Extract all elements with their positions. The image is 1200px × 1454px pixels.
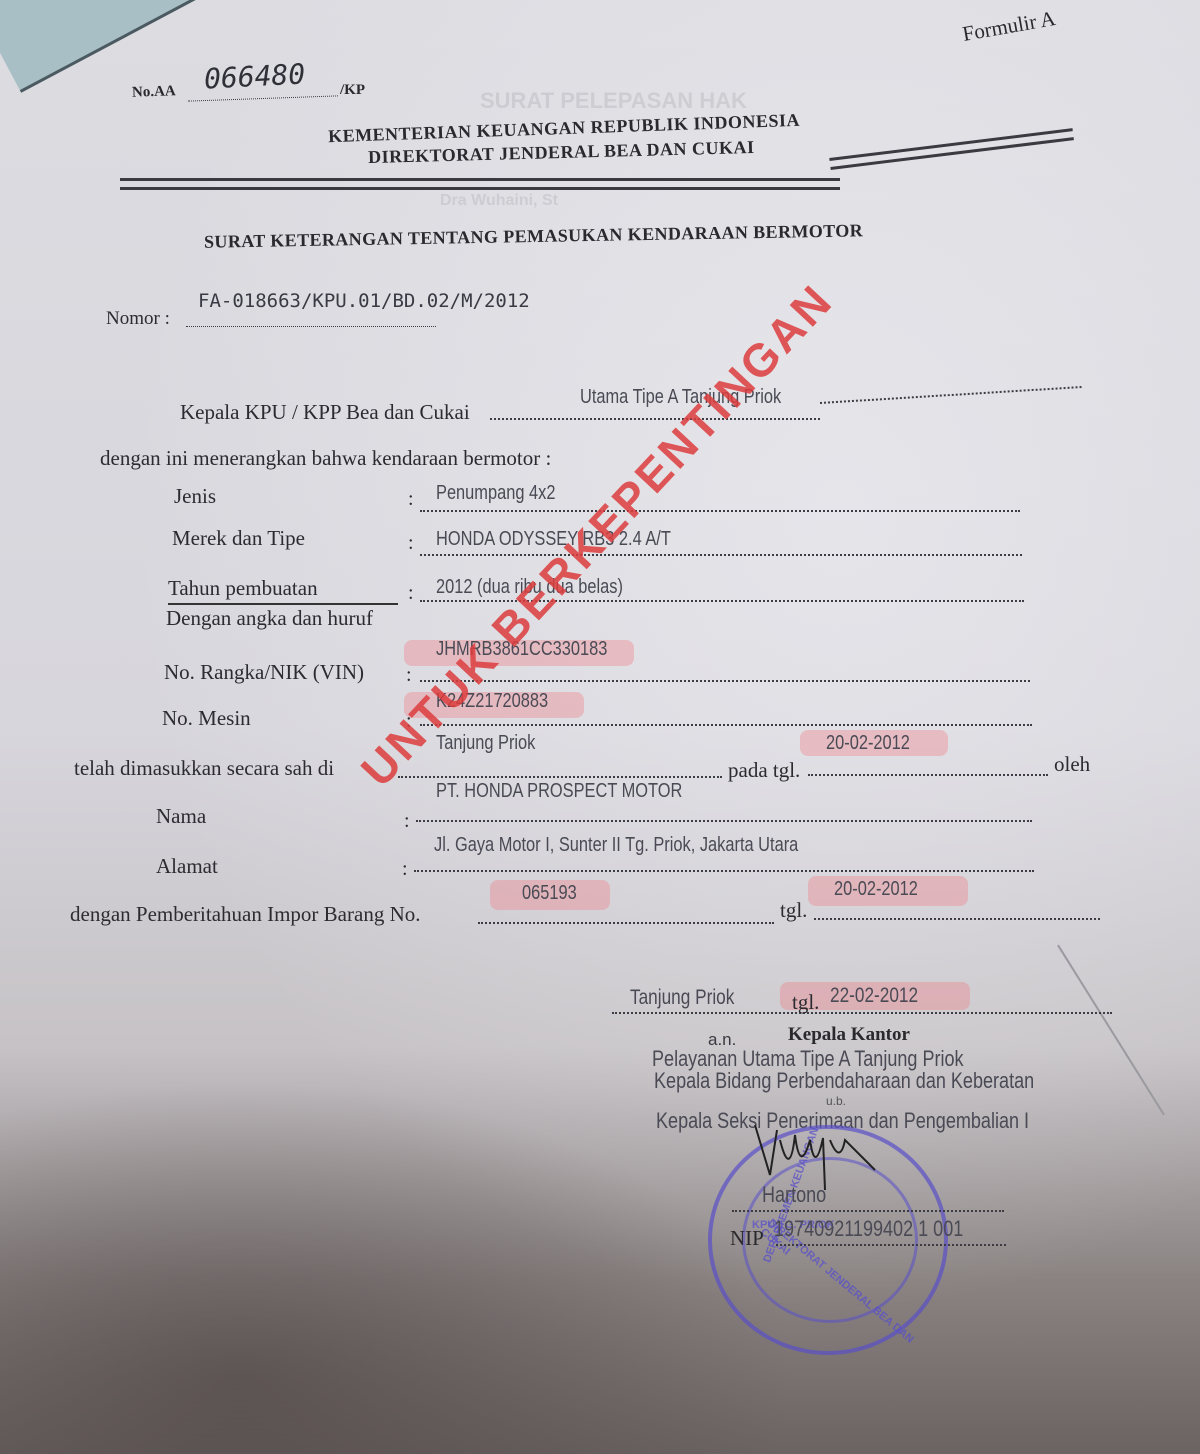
colon: : [404,810,410,833]
nomor-label: Nomor : [106,308,170,330]
colon: : [408,488,414,511]
serial-suffix: /KP [340,82,365,99]
jenis-dots [420,510,1020,512]
field-label-merek: Merek dan Tipe [172,526,305,551]
nama-label: Nama [156,804,206,829]
merek-dots [420,554,1022,556]
pib-number: 065193 [522,882,577,905]
intro-text: dengan ini menerangkan bahwa kendaraan b… [100,446,551,471]
field-label-jenis: Jenis [174,484,216,509]
alamat-value: Jl. Gaya Motor I, Sunter II Tg. Priok, J… [434,834,798,857]
field-label-vin: No. Rangka/NIK (VIN) [164,660,364,685]
sign-date: 22-02-2012 [830,984,918,1008]
vin-dots [420,680,1030,682]
header-rule [120,178,840,190]
office-title: Kepala Kantor [788,1024,910,1046]
mesin-dots [420,724,1032,726]
ub-label: u.b. [826,1094,846,1108]
sign-date-label: tgl. [792,990,819,1015]
serial-number: 066480 [203,57,306,95]
nama-value: PT. HONDA PROSPECT MOTOR [436,780,682,803]
place-date-dots [612,1012,1112,1014]
signer-dots [732,1210,1004,1212]
colon: : [408,582,414,605]
entered-place: Tanjung Priok [436,732,535,755]
nama-dots [416,820,1032,822]
pib-number-dots [478,922,774,924]
kepala-dots [490,418,820,420]
pib-date-label: tgl. [780,898,807,923]
nomor-dots [186,326,436,327]
entered-label: telah dimasukkan secara sah di [74,756,334,781]
nomor-value: FA-018663/KPU.01/BD.02/M/2012 [198,290,530,312]
serial-prefix: No.AA [132,83,176,102]
office-line-2: Kepala Bidang Perbendaharaan dan Keberat… [654,1068,1034,1094]
field-sublabel-tahun: Dengan angka dan huruf [166,606,373,631]
alamat-label: Alamat [156,854,218,879]
field-value-jenis: Penumpang 4x2 [436,482,555,505]
pib-label: dengan Pemberitahuan Impor Barang No. [70,902,420,927]
entered-place-dots [398,776,722,778]
ghost-header: SURAT PELEPASAN HAK [480,88,747,114]
sign-place: Tanjung Priok [630,986,734,1010]
colon: : [408,532,414,555]
pib-date: 20-02-2012 [834,878,918,901]
entered-date-label: pada tgl. [728,758,800,783]
colon: : [402,858,408,881]
signer-name: Hartono [762,1182,826,1208]
tahun-underline [168,603,398,605]
kepala-label: Kepala KPU / KPP Bea dan Cukai [180,400,470,425]
shadow-overlay [0,1080,800,1454]
nip-dots [776,1244,1006,1246]
entered-date: 20-02-2012 [826,732,910,755]
ghost-name: Dra Wuhaini, St [440,192,558,210]
entered-by-label: oleh [1054,752,1090,777]
nip-value: 19740921199402 1 001 [774,1216,963,1242]
colon: : [406,664,412,687]
nip-label: NIP [730,1226,764,1251]
entered-date-dots [808,774,1048,776]
pib-date-dots [814,918,1100,920]
field-label-tahun: Tahun pembuatan [168,576,318,601]
field-label-mesin: No. Mesin [162,706,251,731]
alamat-dots [414,870,1034,872]
